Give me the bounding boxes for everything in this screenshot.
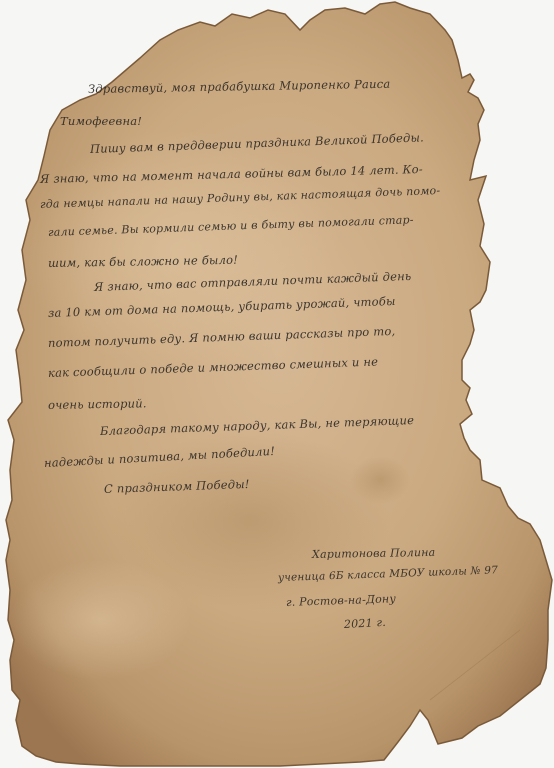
letter-line: надежды и позитива, мы победили! (44, 444, 276, 470)
signature-year: 2021 г. (344, 616, 387, 631)
signature-city: г. Ростов-на-Дону (286, 592, 396, 609)
letter-line: Пишу вам в преддверии праздника Великой … (90, 130, 424, 156)
letter-line: гда немцы напали на нашу Родину вы, как … (40, 184, 441, 211)
letter-line: потом получить еду. Я помню ваши рассказ… (48, 324, 396, 350)
letter-line: гали семье. Вы кормили семью и в быту вы… (48, 213, 414, 239)
scanned-page: Здравствуй, моя прабабушка Миропенко Раи… (0, 0, 554, 768)
letter-line: как сообщили о победе и множество смешны… (48, 354, 379, 380)
letter-line: шим, как бы сложно не было! (48, 253, 238, 270)
signature-name: Харитонова Полина (312, 546, 436, 561)
letter-line: Я знаю, что на момент начала войны вам б… (40, 162, 423, 186)
letter-line: Благодаря такому народу, как Вы, не теря… (100, 413, 415, 438)
letter-line: Я знаю, что вас отправляли почти каждый … (94, 269, 412, 294)
signature-role: ученица 6Б класса МБОУ школы № 97 (278, 564, 498, 584)
letter-line: за 10 км от дома на помощь, убирать урож… (48, 294, 396, 320)
greeting-line: Тимофеевна! (60, 114, 142, 128)
letter-body: Здравствуй, моя прабабушка Миропенко Раи… (0, 0, 554, 768)
greeting-line: Здравствуй, моя прабабушка Миропенко Раи… (88, 77, 391, 96)
letter-line: С праздником Победы! (104, 477, 250, 496)
letter-line: очень историй. (48, 396, 147, 412)
